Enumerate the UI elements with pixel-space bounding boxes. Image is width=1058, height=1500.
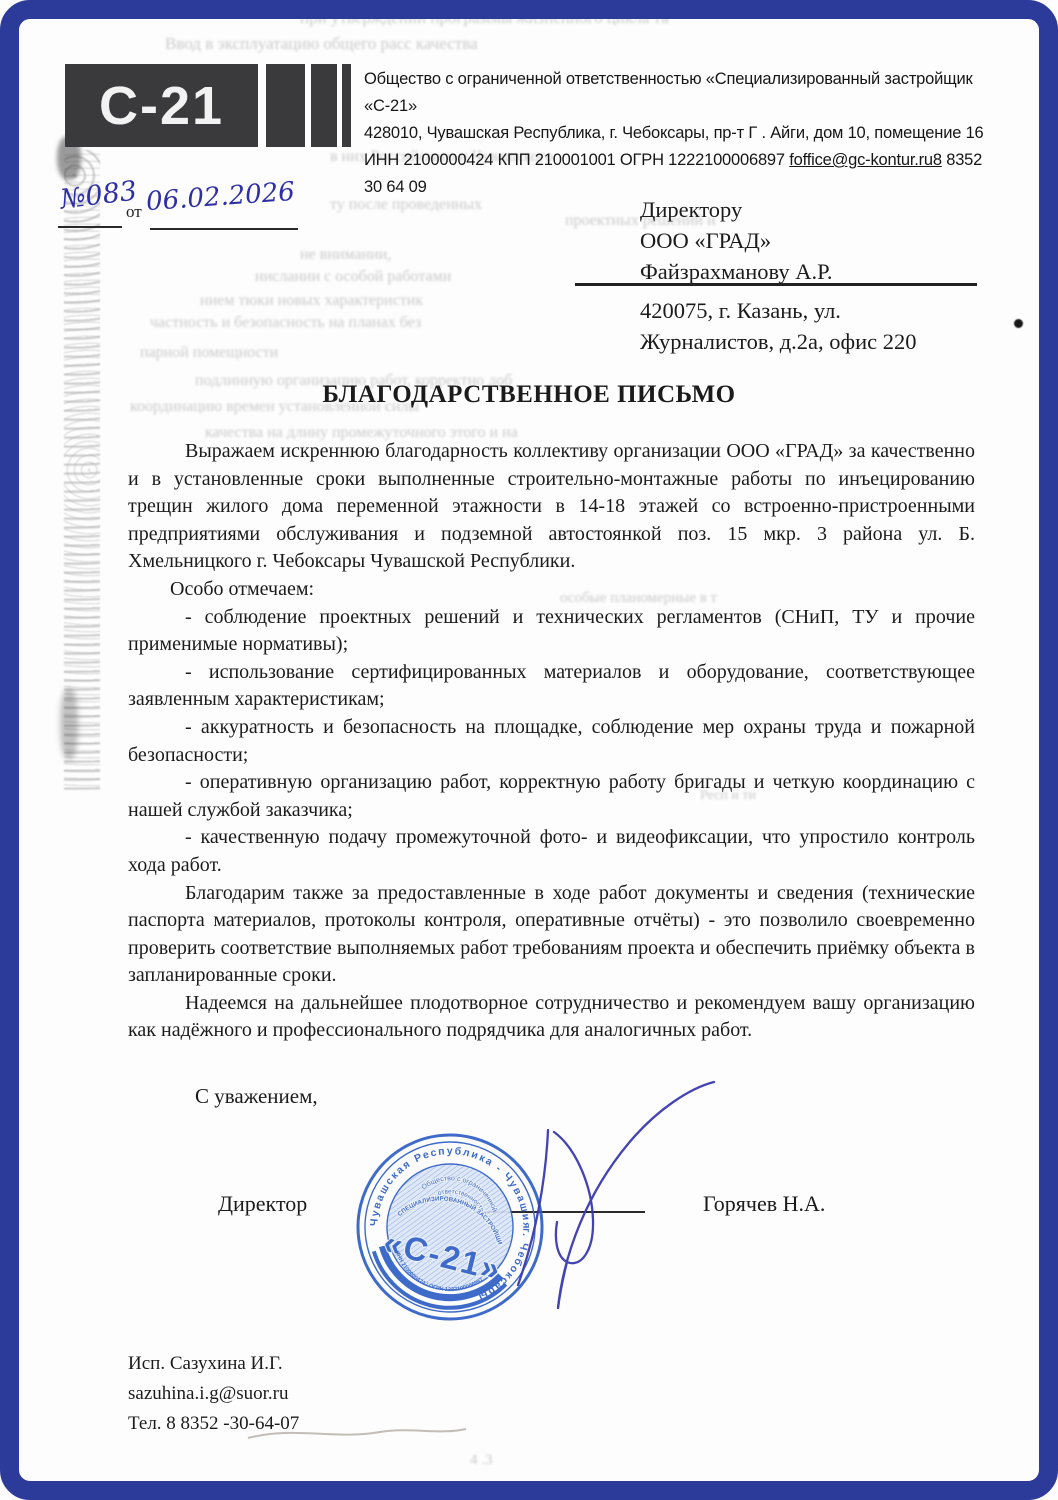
company-address-line: 428010, Чувашская Республика, г. Чебокса… (364, 120, 996, 147)
executor-email: sazuhina.i.g@suor.ru (128, 1379, 299, 1409)
letter-title: БЛАГОДАРСТВЕННОЕ ПИСЬМО (0, 381, 1058, 409)
company-email: foffice@gc-kontur.ru8 (789, 151, 942, 169)
handwritten-date: 06.02.2026 (145, 177, 296, 217)
ghost-text: нием тюки новых характеристик (200, 292, 423, 310)
executor-name: Исп. Сазухина И.Г. (128, 1349, 299, 1379)
point-item: - качественную подачу промежуточной фото… (128, 824, 975, 879)
ghost-text: парной помещности (140, 344, 278, 362)
logo-text: С-21 (99, 75, 224, 137)
ink-dot-artifact (1014, 319, 1023, 328)
intro-paragraph: Выражаем искреннюю благодарность коллект… (128, 438, 975, 576)
signature-stroke (518, 1130, 548, 1285)
scanned-letter-page: при утверждении программы жизненного цик… (0, 0, 1058, 1500)
point-item: - соблюдение проектных решений и техниче… (128, 604, 975, 659)
emphasis-heading: Особо отмечаем: (128, 576, 975, 604)
ghost-text: Ввод в эксплуатацию общего расс качества (165, 34, 478, 54)
signer-position: Директор (218, 1191, 307, 1217)
company-logo: С-21 (65, 64, 351, 147)
ghost-text: при утверждении программы жизненного цик… (300, 8, 669, 28)
company-name-line: Общество с ограниченной ответственностью… (364, 66, 996, 120)
recipient-divider-line (575, 283, 977, 286)
recipient-role: Директору (640, 194, 980, 225)
logo-bar (311, 64, 337, 147)
scan-smudge (60, 688, 78, 760)
point-item: - аккуратность и безопасность на площадк… (128, 714, 975, 769)
recipient-block: Директору ООО «ГРАД» Файзрахманову А.Р. … (640, 194, 980, 357)
logo-bar (342, 64, 351, 147)
ghost-text: частность и безопасность на планах без (150, 314, 421, 332)
recipient-company: ООО «ГРАД» (640, 225, 980, 256)
number-underline (58, 226, 122, 228)
ghost-text: не внимании, (300, 246, 391, 264)
reg-numbers: ИНН 2100000424 КПП 210001001 ОГРН 122210… (364, 151, 789, 169)
logo-bar (266, 64, 305, 147)
date-underline (150, 228, 298, 230)
closing-respect: С уважением, (195, 1084, 318, 1109)
ot-label: от (126, 202, 142, 222)
recipient-address-1: 420075, г. Казань, ул. (640, 295, 980, 326)
logo-block: С-21 (65, 64, 258, 147)
signature-stroke (558, 1262, 567, 1308)
point-item: - использование сертифицированных матери… (128, 659, 975, 714)
ghost-text: 4 .3 (470, 1452, 493, 1469)
reference-block: №083 от 06.02.2026 (58, 180, 318, 232)
letter-body: Выражаем искреннюю благодарность коллект… (128, 438, 975, 1045)
pencil-squiggle-artifact (240, 1420, 480, 1446)
docs-paragraph: Благодарим также за предоставленные в хо… (128, 880, 975, 990)
company-reg-line: ИНН 2100000424 КПП 210001001 ОГРН 122210… (364, 147, 996, 201)
company-info: Общество с ограниченной ответственностью… (364, 66, 996, 201)
pen-signature (340, 1040, 760, 1350)
recipient-address-2: Журналистов, д.2а, офис 220 (640, 326, 980, 357)
signature-stroke (558, 1082, 714, 1308)
ghost-text: нислании с особой работами (255, 268, 451, 286)
point-item: - оперативную организацию работ, коррект… (128, 769, 975, 824)
hope-paragraph: Надеемся на дальнейшее плодотворное сотр… (128, 990, 975, 1045)
